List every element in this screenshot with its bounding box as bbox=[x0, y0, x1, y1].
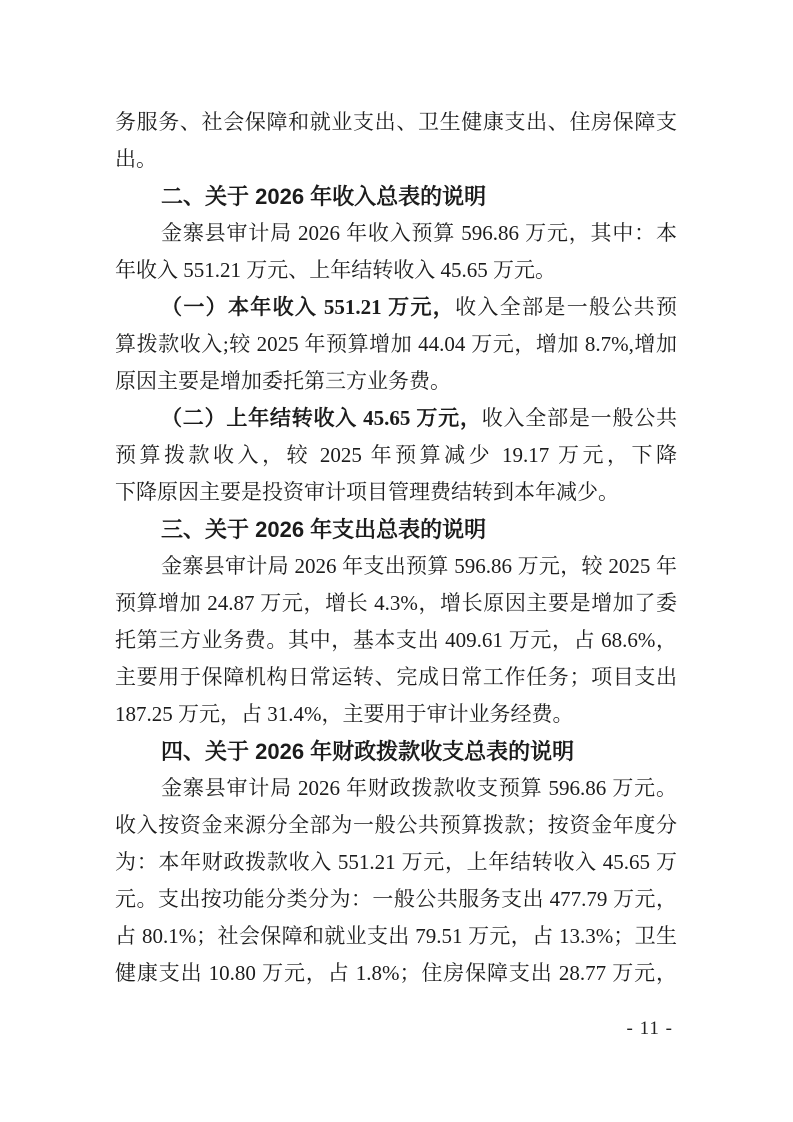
text-segment: 收入按资金来源分全部为一般公共预算拨款；按资金年度分 bbox=[115, 813, 677, 837]
document-page: 务服务、社会保障和就业支出、卫生健康支出、住房保障支出。二、关于 2026 年收… bbox=[0, 0, 793, 1122]
text-line: 为：本年财政拨款收入 551.21 万元，上年结转收入 45.65 万 bbox=[115, 844, 677, 881]
bold-text-segment: 三、关于 2026 年支出总表的说明 bbox=[161, 517, 486, 542]
text-segment: 健康支出 10.80 万元，占 1.8%；住房保障支出 28.77 万元， bbox=[115, 961, 677, 985]
section-heading: 二、关于 2026 年收入总表的说明 bbox=[115, 178, 677, 215]
document-body: 务服务、社会保障和就业支出、卫生健康支出、住房保障支出。二、关于 2026 年收… bbox=[115, 104, 677, 992]
text-segment: 务服务、社会保障和就业支出、卫生健康支出、住房保障支 bbox=[115, 110, 677, 134]
text-segment: 金寨县审计局 2026 年财政拨款收支预算 596.86 万元。 bbox=[161, 776, 677, 800]
text-segment: 收入全部是一般公共 bbox=[482, 406, 677, 430]
text-line: 托第三方业务费。其中，基本支出 409.61 万元，占 68.6%， bbox=[115, 622, 677, 659]
text-line: 占 80.1%；社会保障和就业支出 79.51 万元，占 13.3%；卫生 bbox=[115, 918, 677, 955]
text-segment: 为：本年财政拨款收入 551.21 万元，上年结转收入 45.65 万 bbox=[115, 850, 677, 874]
text-line: 算拨款收入;较 2025 年预算增加 44.04 万元，增加 8.7%,增加 bbox=[115, 326, 677, 363]
text-segment: 算拨款收入;较 2025 年预算增加 44.04 万元，增加 8.7%,增加 bbox=[115, 332, 677, 356]
text-segment: 年收入 551.21 万元、上年结转收入 45.65 万元。 bbox=[115, 258, 556, 282]
section-heading: 四、关于 2026 年财政拨款收支总表的说明 bbox=[115, 733, 677, 770]
text-segment: 下降原因主要是投资审计项目管理费结转到本年减少。 bbox=[115, 480, 619, 504]
text-segment: 原因主要是增加委托第三方业务费。 bbox=[115, 369, 451, 393]
text-segment: 预算增加 24.87 万元，增长 4.3%，增长原因主要是增加了委 bbox=[115, 591, 677, 615]
text-line: （一）本年收入 551.21 万元，收入全部是一般公共预 bbox=[115, 289, 677, 326]
text-line: 年收入 551.21 万元、上年结转收入 45.65 万元。 bbox=[115, 252, 677, 289]
text-segment: 出。 bbox=[115, 147, 157, 171]
text-segment: 金寨县审计局 2026 年支出预算 596.86 万元，较 2025 年 bbox=[161, 554, 677, 578]
text-line: 下降原因主要是投资审计项目管理费结转到本年减少。 bbox=[115, 474, 677, 511]
text-line: 健康支出 10.80 万元，占 1.8%；住房保障支出 28.77 万元， bbox=[115, 955, 677, 992]
text-line: 务服务、社会保障和就业支出、卫生健康支出、住房保障支 bbox=[115, 104, 677, 141]
bold-text-segment: 四、关于 2026 年财政拨款收支总表的说明 bbox=[161, 739, 574, 764]
bold-text-segment: 二、关于 2026 年收入总表的说明 bbox=[161, 184, 486, 209]
text-segment: 占 80.1%；社会保障和就业支出 79.51 万元，占 13.3%；卫生 bbox=[115, 924, 677, 948]
text-segment: 主要用于保障机构日常运转、完成日常工作任务；项目支出 bbox=[115, 665, 677, 689]
text-line: 主要用于保障机构日常运转、完成日常工作任务；项目支出 bbox=[115, 659, 677, 696]
page-number: - 11 - bbox=[627, 1018, 673, 1040]
text-line: 金寨县审计局 2026 年财政拨款收支预算 596.86 万元。 bbox=[115, 770, 677, 807]
text-line: 金寨县审计局 2026 年收入预算 596.86 万元，其中：本 bbox=[115, 215, 677, 252]
text-line: （二）上年结转收入 45.65 万元，收入全部是一般公共 bbox=[115, 400, 677, 437]
text-segment: 收入全部是一般公共预 bbox=[455, 295, 677, 319]
text-line: 187.25 万元，占 31.4%，主要用于审计业务经费。 bbox=[115, 696, 677, 733]
section-heading: 三、关于 2026 年支出总表的说明 bbox=[115, 511, 677, 548]
text-line: 预算拨款收入，较 2025 年预算减少 19.17 万元，下降 29.6%， bbox=[115, 437, 677, 474]
text-line: 金寨县审计局 2026 年支出预算 596.86 万元，较 2025 年 bbox=[115, 548, 677, 585]
text-segment: 预算拨款收入，较 2025 年预算减少 19.17 万元，下降 29.6%， bbox=[115, 443, 677, 474]
text-segment: 元。支出按功能分类分为：一般公共服务支出 477.79 万元， bbox=[115, 887, 677, 911]
bold-text-segment: （二）上年结转收入 45.65 万元， bbox=[161, 406, 482, 430]
text-line: 出。 bbox=[115, 141, 677, 178]
text-segment: 金寨县审计局 2026 年收入预算 596.86 万元，其中：本 bbox=[161, 221, 677, 245]
text-line: 收入按资金来源分全部为一般公共预算拨款；按资金年度分 bbox=[115, 807, 677, 844]
text-line: 元。支出按功能分类分为：一般公共服务支出 477.79 万元， bbox=[115, 881, 677, 918]
text-segment: 187.25 万元，占 31.4%，主要用于审计业务经费。 bbox=[115, 702, 574, 726]
bold-text-segment: （一）本年收入 551.21 万元， bbox=[161, 295, 455, 319]
text-line: 预算增加 24.87 万元，增长 4.3%，增长原因主要是增加了委 bbox=[115, 585, 677, 622]
text-segment: 托第三方业务费。其中，基本支出 409.61 万元，占 68.6%， bbox=[115, 628, 677, 652]
text-line: 原因主要是增加委托第三方业务费。 bbox=[115, 363, 677, 400]
